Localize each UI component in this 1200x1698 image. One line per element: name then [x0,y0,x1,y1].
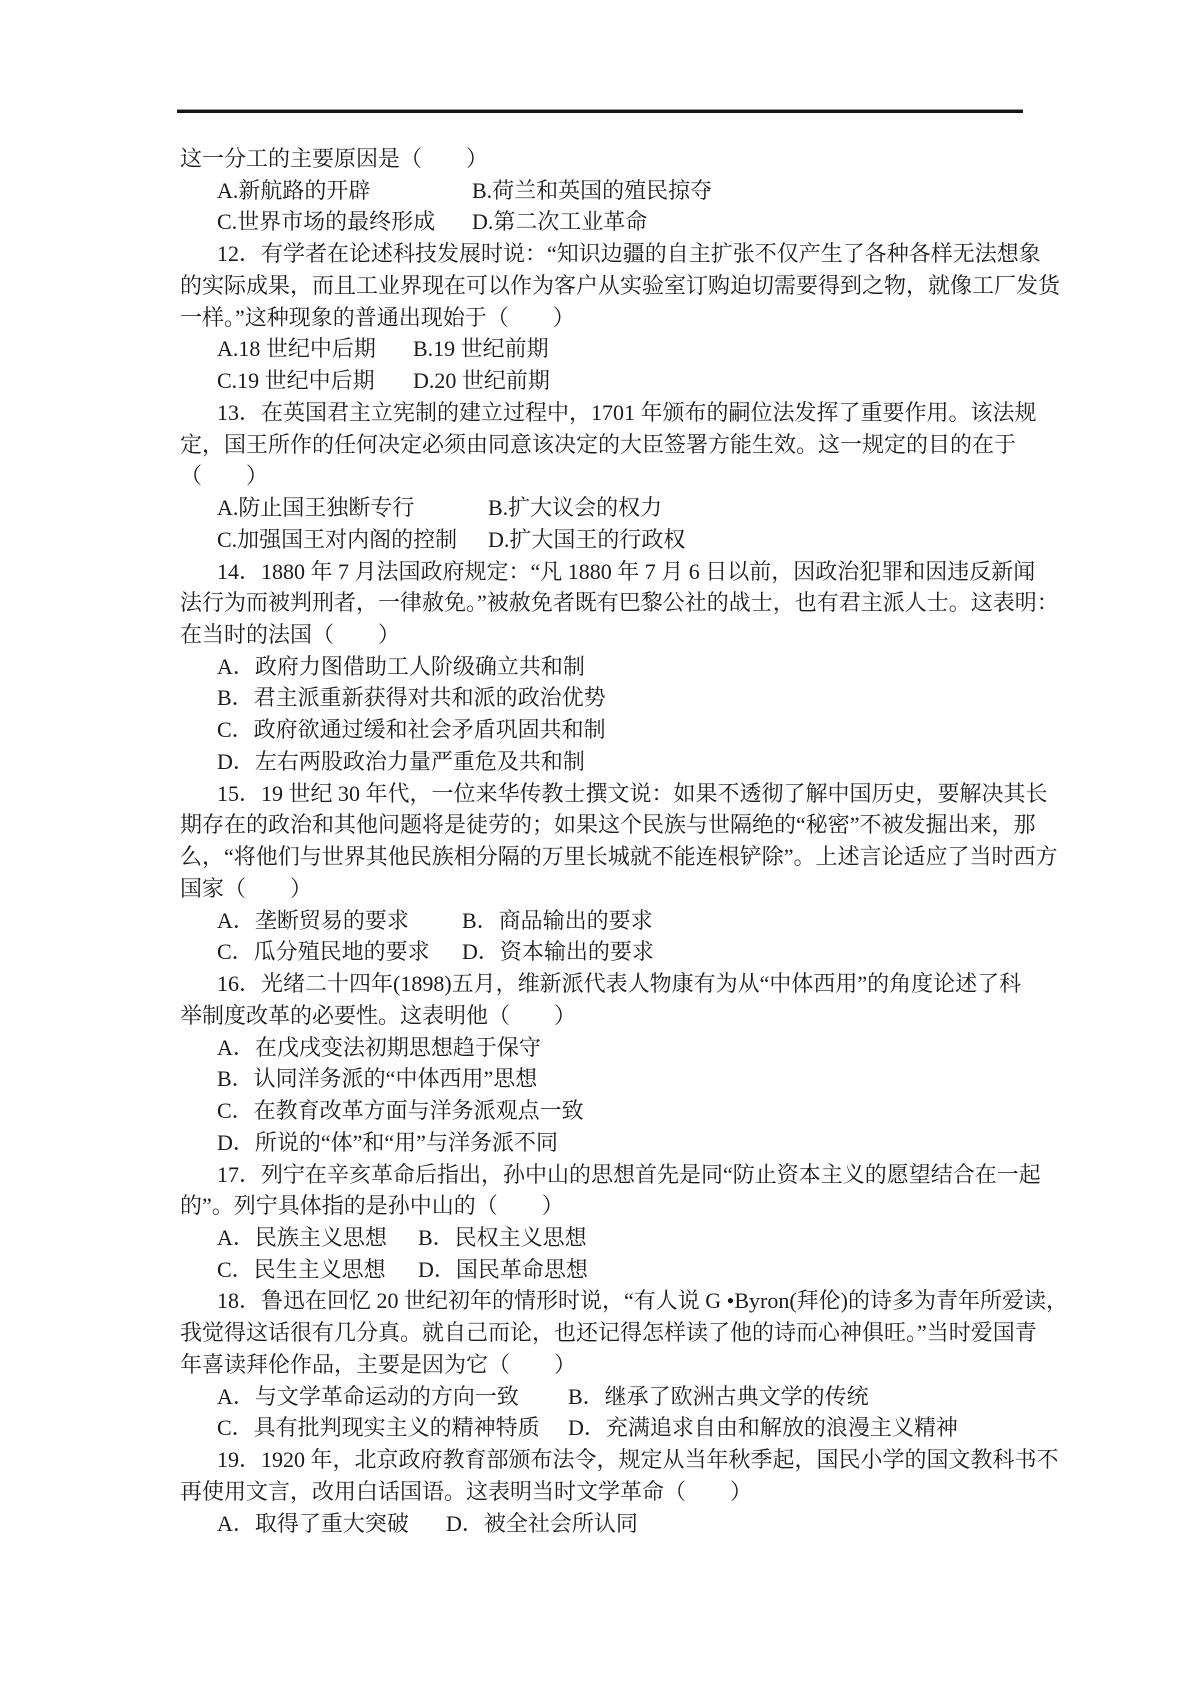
exam-line: 再使用文言，改用白话国语。这表明当时文学革命（ ） [180,1476,1023,1508]
option-left: C.19 世纪中后期 [217,365,413,397]
option-left: A.防止国王独断专行 [217,492,488,524]
exam-line: 14．1880 年 7 月法国政府规定：“凡 1880 年 7 月 6 日以前，… [180,556,1023,588]
option-right: D.扩大国王的行政权 [488,527,685,552]
exam-line: 这一分工的主要原因是（ ） [180,143,1023,175]
option-left: A．与文学革命运动的方向一致 [217,1381,568,1413]
exam-line: C.加强国王对内阁的控制D.扩大国王的行政权 [180,524,1023,556]
exam-line: A．在戊戌变法初期思想趋于保守 [180,1032,1023,1064]
option-right: D．资本输出的要求 [462,939,654,964]
header-rule [177,109,1023,113]
exam-line: B．君主派重新获得对共和派的政治优势 [180,682,1023,714]
exam-line: （ ） [180,460,1023,492]
option-left: A．垄断贸易的要求 [217,905,462,937]
exam-line: A．垄断贸易的要求B．商品输出的要求 [180,905,1023,937]
exam-line: A.18 世纪中后期B.19 世纪前期 [180,333,1023,365]
exam-line: C．瓜分殖民地的要求D．资本输出的要求 [180,936,1023,968]
exam-line: 的实际成果，而且工业界现在可以作为客户从实验室订购迫切需要得到之物，就像工厂发货 [180,270,1023,302]
exam-line: A.新航路的开辟B.荷兰和英国的殖民掠夺 [180,175,1023,207]
option-right: D．被全社会所认同 [446,1511,638,1536]
exam-line: 定，国王所作的任何决定必须由同意该决定的大臣签署方能生效。这一规定的目的在于 [180,429,1023,461]
exam-line: 举制度改革的必要性。这表明他（ ） [180,1000,1023,1032]
exam-page: 这一分工的主要原因是（ ）A.新航路的开辟B.荷兰和英国的殖民掠夺C.世界市场的… [0,0,1200,1698]
exam-line: 19．1920 年，北京政府教育部颁布法令，规定从当年秋季起，国民小学的国文教科… [180,1444,1023,1476]
option-left: C．具有批判现实主义的精神特质 [217,1412,568,1444]
exam-line: 么，“将他们与世界其他民族相分隔的万里长城就不能连根铲除”。上述言论适应了当时西… [180,841,1023,873]
exam-line: A.防止国王独断专行B.扩大议会的权力 [180,492,1023,524]
option-left: C.加强国王对内阁的控制 [217,524,488,556]
exam-line: 期存在的政治和其他问题将是徒劳的；如果这个民族与世隔绝的“秘密”不被发掘出来，那 [180,809,1023,841]
exam-line: 12．有学者在论述科技发展时说：“知识边疆的自主扩张不仅产生了各种各样无法想象 [180,238,1023,270]
option-right: D．充满追求自由和解放的浪漫主义精神 [568,1415,958,1440]
exam-line: A．政府力图借助工人阶级确立共和制 [180,651,1023,683]
exam-line: C.19 世纪中后期D.20 世纪前期 [180,365,1023,397]
option-left: A．民族主义思想 [217,1222,418,1254]
exam-line: 13．在英国君主立宪制的建立过程中，1701 年颁布的嗣位法发挥了重要作用。该法… [180,397,1023,429]
exam-line: C．政府欲通过缓和社会矛盾巩固共和制 [180,714,1023,746]
exam-line: C.世界市场的最终形成D.第二次工业革命 [180,206,1023,238]
option-left: C．瓜分殖民地的要求 [217,936,462,968]
exam-line: 15．19 世纪 30 年代，一位来华传教士撰文说：如果不透彻了解中国历史，要解… [180,778,1023,810]
option-left: A.新航路的开辟 [217,175,472,207]
exam-line: 法行为而被判刑者，一律赦免。”被赦免者既有巴黎公社的战士，也有君主派人士。这表明… [180,587,1023,619]
exam-line: B．认同洋务派的“中体西用”思想 [180,1063,1023,1095]
exam-line: 18．鲁迅在回忆 20 世纪初年的情形时说，“有人说 G •Byron(拜伦)的… [180,1285,1023,1317]
option-right: B.19 世纪前期 [413,336,549,361]
exam-line: C．具有批判现实主义的精神特质D．充满追求自由和解放的浪漫主义精神 [180,1412,1023,1444]
exam-line: 国家（ ） [180,873,1023,905]
option-right: B．商品输出的要求 [462,908,653,933]
exam-line: 17．列宁在辛亥革命后指出，孙中山的思想首先是同“防止资本主义的愿望结合在一起 [180,1159,1023,1191]
exam-line: C．民生主义思想D．国民革命思想 [180,1254,1023,1286]
exam-line: 的”。列宁具体指的是孙中山的（ ） [180,1190,1023,1222]
option-right: D.第二次工业革命 [472,209,647,234]
exam-line: C．在教育改革方面与洋务派观点一致 [180,1095,1023,1127]
exam-line: 年喜读拜伦作品，主要是因为它（ ） [180,1349,1023,1381]
exam-line: D．所说的“体”和“用”与洋务派不同 [180,1127,1023,1159]
text-block: 这一分工的主要原因是（ ）A.新航路的开辟B.荷兰和英国的殖民掠夺C.世界市场的… [180,143,1023,1539]
exam-line: 在当时的法国（ ） [180,619,1023,651]
exam-line: 我觉得这话很有几分真。就自己而论，也还记得怎样读了他的诗而心神俱旺。”当时爱国青 [180,1317,1023,1349]
option-left: A．取得了重大突破 [217,1508,446,1540]
option-right: D.20 世纪前期 [413,368,550,393]
option-left: C．民生主义思想 [217,1254,418,1286]
option-right: D．国民革命思想 [418,1257,588,1282]
exam-line: 一样。”这种现象的普通出现始于（ ） [180,302,1023,334]
option-right: B.扩大议会的权力 [488,495,662,520]
option-left: C.世界市场的最终形成 [217,206,472,238]
option-right: B．民权主义思想 [418,1225,587,1250]
option-left: A.18 世纪中后期 [217,333,413,365]
option-right: B．继承了欧洲古典文学的传统 [568,1384,869,1409]
exam-line: D．左右两股政治力量严重危及共和制 [180,746,1023,778]
exam-line: A．与文学革命运动的方向一致B．继承了欧洲古典文学的传统 [180,1381,1023,1413]
option-right: B.荷兰和英国的殖民掠夺 [472,178,712,203]
exam-line: A．民族主义思想B．民权主义思想 [180,1222,1023,1254]
exam-line: 16．光绪二十四年(1898)五月，维新派代表人物康有为从“中体西用”的角度论述… [180,968,1023,1000]
exam-line: A．取得了重大突破D．被全社会所认同 [180,1508,1023,1540]
